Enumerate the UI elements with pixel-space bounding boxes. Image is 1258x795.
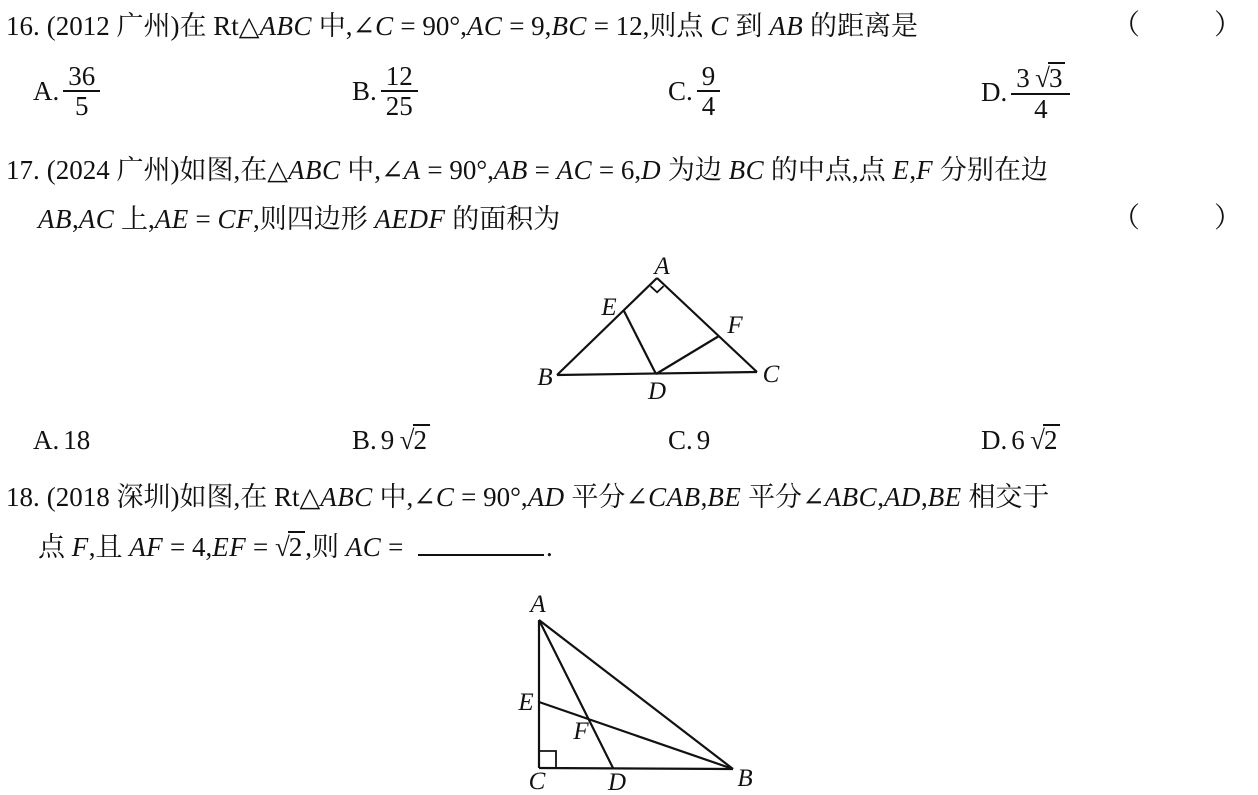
segment-DF	[656, 336, 719, 374]
math-variable: AC	[557, 155, 593, 185]
math-variable: CAB	[648, 482, 701, 512]
q18-period: .	[546, 532, 553, 562]
option-value: 6 2	[1011, 420, 1060, 460]
math-variable: D	[641, 155, 661, 185]
segment-AD	[539, 620, 613, 768]
math-variable: AB	[494, 155, 528, 185]
right-angle-mark-C	[539, 751, 556, 768]
math-worksheet: 16.(2012 广州)在 Rt△ABC 中,∠C = 90°,AC = 9,B…	[0, 0, 1258, 795]
text-run: 点	[38, 532, 72, 562]
text-run: 上,	[114, 204, 155, 234]
text-run: ∠	[802, 482, 825, 512]
text-run: △	[300, 482, 321, 512]
text-run: =	[528, 155, 557, 185]
radicand: 2	[1043, 424, 1061, 455]
math-variable: A	[404, 155, 421, 185]
math-variable: AD	[528, 482, 565, 512]
q16-options: A. 36 5 B. 12 25 C. 9 4 D. 3 3 4	[0, 62, 1258, 130]
math-variable: BE	[928, 482, 962, 512]
coefficient: 6	[1011, 425, 1025, 455]
radicand: 3	[1048, 62, 1066, 93]
text-run: ∠	[413, 482, 436, 512]
radicand: 2	[288, 531, 306, 562]
math-variable: AF	[129, 532, 163, 562]
math-variable: F	[72, 532, 89, 562]
option-label: B.	[352, 420, 377, 460]
math-variable: C	[436, 482, 455, 512]
math-variable: AEDF	[375, 204, 446, 234]
q17-line1: 17.(2024 广州)如图,在△ABC 中,∠A = 90°,AB = AC …	[6, 150, 1258, 190]
option-label: A.	[33, 420, 59, 460]
option-label: D.	[981, 77, 1007, 108]
vertex-label-F: F	[726, 312, 743, 339]
fraction-numerator: 3 3	[1011, 62, 1070, 93]
text-run: 的面积为	[446, 204, 561, 234]
q17-line2: AB,AC 上,AE = CF,则四边形 AEDF 的面积为 （ ）	[38, 199, 1258, 239]
option-label: A.	[33, 76, 59, 107]
vertex-label-F: F	[572, 718, 589, 745]
math-variable: BC	[729, 155, 765, 185]
vertex-label-A: A	[528, 591, 546, 618]
math-variable: BC	[551, 11, 587, 41]
math-variable: EF	[212, 532, 246, 562]
vertex-label-E: E	[600, 294, 616, 321]
square-root: 2	[400, 425, 430, 455]
text-run: = 4,	[163, 532, 212, 562]
fraction-denominator: 4	[1011, 93, 1070, 123]
q17-figure: A E F B C D	[500, 250, 830, 402]
math-variable: CF	[218, 204, 254, 234]
text-run: 中,	[341, 155, 382, 185]
q18-triangle-diagram: A E F C D B	[440, 588, 770, 795]
q18-line2: 点 F,且 AF = 4,EF = 2,则 AC = .	[38, 527, 1258, 567]
square-root: 2	[275, 532, 305, 562]
math-variable: ABC	[260, 11, 313, 41]
text-run: (2024 广州)如图,在	[47, 155, 267, 185]
text-run: = 9,	[502, 11, 551, 41]
answer-blank	[418, 528, 544, 556]
q17-vertex-labels: A E F B C D	[537, 253, 779, 402]
coefficient: 3	[1016, 63, 1030, 93]
math-variable: AE	[155, 204, 189, 234]
q16-number: 16.	[6, 11, 40, 41]
text-run: =	[381, 532, 410, 562]
side-CB	[539, 768, 733, 769]
text-run: 的中点,点	[764, 155, 892, 185]
fraction-denominator: 5	[63, 90, 100, 120]
q16-line1: 16.(2012 广州)在 Rt△ABC 中,∠C = 90°,AC = 9,B…	[6, 6, 1258, 46]
q16-answer-bracket: （ ）	[1112, 6, 1248, 46]
radicand: 2	[413, 424, 431, 455]
side-AB	[539, 620, 733, 769]
q17-text-line2: AB,AC 上,AE = CF,则四边形 AEDF 的面积为	[38, 204, 560, 234]
right-angle-mark-A	[651, 286, 664, 292]
text-run: = 12,则点	[587, 11, 710, 41]
option-label: D.	[981, 420, 1007, 460]
text-run: ,则	[305, 532, 346, 562]
vertex-label-C: C	[763, 361, 780, 388]
text-run: ,	[72, 204, 79, 234]
option-label: C.	[668, 420, 693, 460]
square-root: 2	[1030, 425, 1060, 455]
text-run: △	[267, 155, 288, 185]
q16-text: (2012 广州)在 Rt△ABC 中,∠C = 90°,AC = 9,BC =…	[47, 11, 918, 41]
option-value: 18	[63, 420, 90, 460]
q16-option-a: A. 36 5	[33, 62, 100, 121]
math-variable: BE	[707, 482, 741, 512]
math-variable: AC	[346, 532, 382, 562]
vertex-label-A: A	[652, 253, 670, 280]
q17-options: A. 18 B. 9 2 C. 9 D. 6 2	[0, 420, 1258, 460]
vertex-label-D: D	[607, 769, 626, 795]
vertex-label-D: D	[647, 378, 666, 402]
q18-number: 18.	[6, 482, 40, 512]
text-run: 到	[729, 11, 770, 41]
option-value: 9 2	[381, 420, 430, 460]
text-run: = 90°,	[394, 11, 467, 41]
math-variable: C	[710, 11, 729, 41]
fraction: 36 5	[63, 62, 100, 121]
fraction-denominator: 25	[381, 90, 418, 120]
math-variable: AD	[884, 482, 921, 512]
math-variable: AC	[467, 11, 503, 41]
q17-option-d: D. 6 2	[981, 420, 1060, 460]
vertex-label-B: B	[537, 364, 552, 391]
math-variable: ABC	[825, 482, 878, 512]
vertex-label-B: B	[737, 765, 752, 792]
vertex-label-C: C	[529, 768, 546, 795]
text-run: ,则四边形	[253, 204, 375, 234]
text-run: =	[246, 532, 275, 562]
q17-option-b: B. 9 2	[352, 420, 430, 460]
math-variable: C	[375, 11, 394, 41]
q16-option-b: B. 12 25	[352, 62, 418, 121]
text-run: = 6,	[592, 155, 641, 185]
q16-option-c: C. 9 4	[668, 62, 720, 121]
option-value: 9	[697, 420, 711, 460]
q17-triangle-diagram: A E F B C D	[500, 250, 830, 402]
q18-figure: A E F C D B	[440, 588, 770, 795]
text-run: ,	[921, 482, 928, 512]
square-root: 3	[1035, 63, 1065, 93]
text-run: 平分	[741, 482, 802, 512]
q17-number: 17.	[6, 155, 40, 185]
math-variable: ABC	[288, 155, 341, 185]
text-run: ∠	[381, 155, 404, 185]
math-variable: F	[916, 155, 933, 185]
math-variable: E	[892, 155, 909, 185]
fraction: 9 4	[697, 62, 721, 121]
option-label: B.	[352, 76, 377, 107]
fraction: 12 25	[381, 62, 418, 121]
text-run: ∠	[625, 482, 648, 512]
text-run: ∠	[353, 11, 376, 41]
fraction: 3 3 4	[1011, 62, 1070, 124]
option-label: C.	[668, 76, 693, 107]
fraction-numerator: 36	[63, 62, 100, 90]
text-run: = 90°,	[454, 482, 527, 512]
q17-answer-bracket: （ ）	[1112, 199, 1248, 239]
text-run: 为边	[661, 155, 729, 185]
segment-ED	[624, 311, 656, 374]
fraction-numerator: 12	[381, 62, 418, 90]
vertex-label-E: E	[517, 689, 533, 716]
q18-text-line2: 点 F,且 AF = 4,EF = 2,则 AC =	[38, 532, 410, 562]
text-run: 分别在边	[933, 155, 1048, 185]
q17-option-a: A. 18	[33, 420, 90, 460]
text-run: 中,	[312, 11, 353, 41]
text-run: △	[239, 11, 260, 41]
q18-line1: 18.(2018 深圳)如图,在 Rt△ABC 中,∠C = 90°,AD 平分…	[6, 477, 1258, 517]
coefficient: 9	[381, 425, 395, 455]
text-run: (2018 深圳)如图,在 Rt	[47, 482, 300, 512]
text-run: = 90°,	[421, 155, 494, 185]
math-variable: AB	[38, 204, 72, 234]
text-run: (2012 广州)在 Rt	[47, 11, 239, 41]
text-run: ,且	[89, 532, 130, 562]
text-run: 平分	[565, 482, 626, 512]
text-run: ,	[877, 482, 884, 512]
math-variable: AB	[769, 11, 803, 41]
text-run: =	[189, 204, 218, 234]
segment-EB	[539, 702, 733, 769]
text-run: 相交于	[962, 482, 1050, 512]
q17-option-c: C. 9	[668, 420, 710, 460]
q16-option-d: D. 3 3 4	[981, 62, 1070, 124]
q18-text-line1: (2018 深圳)如图,在 Rt△ABC 中,∠C = 90°,AD 平分∠CA…	[47, 482, 1050, 512]
text-run: 中,	[373, 482, 414, 512]
fraction-denominator: 4	[697, 90, 721, 120]
math-variable: ABC	[320, 482, 373, 512]
side-BA	[557, 278, 657, 375]
q18-triangle-lines	[539, 620, 733, 769]
fraction-numerator: 9	[697, 62, 721, 90]
q17-text-line1: (2024 广州)如图,在△ABC 中,∠A = 90°,AB = AC = 6…	[47, 155, 1048, 185]
math-variable: AC	[79, 204, 115, 234]
text-run: 的距离是	[803, 11, 918, 41]
